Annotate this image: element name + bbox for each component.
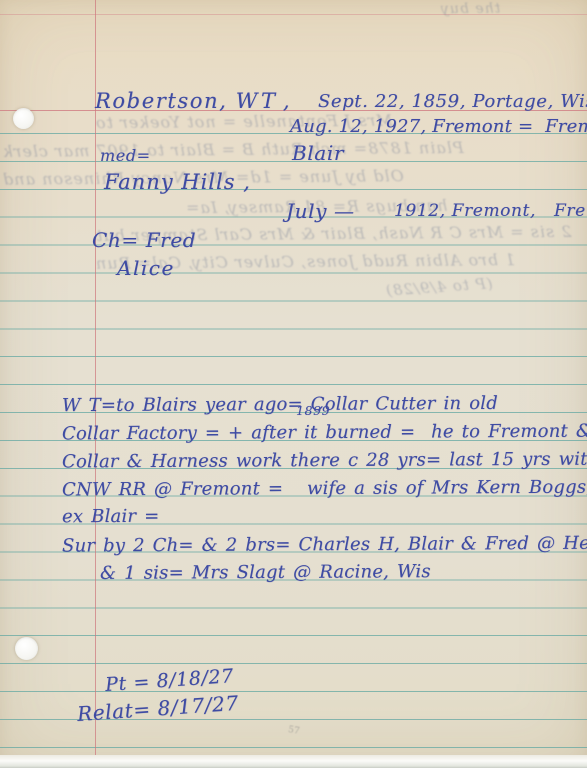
ghost-line: the buy	[440, 1, 500, 18]
child-name-text: Alice	[117, 256, 175, 280]
wed-label-text: med=	[100, 146, 151, 165]
hole-punch-top	[13, 108, 34, 129]
marriage-place-text: 1912, Fremont, Fremont	[394, 201, 587, 221]
corner-smudge-mark: 57	[287, 725, 300, 737]
birth-date-place-text: Sept. 22, 1859, Portage, Wis	[318, 91, 587, 112]
note-line-5: ex Blair =	[62, 506, 160, 528]
ghost-line: Plain 1878= mch Ruth B = Blair to 1907 m…	[2, 138, 464, 161]
note-line-4: CNW RR @ Fremont = wife a sis of Mrs Ker…	[62, 477, 587, 501]
residence-text: Blair	[292, 141, 344, 165]
note-line-7: & 1 sis= Mrs Slagt @ Racine, Wis	[100, 561, 431, 584]
children-label-text: Ch= Fred	[92, 228, 196, 252]
note-line-6: Sur by 2 Ch= & 2 brs= Charles H, Blair &…	[62, 532, 587, 556]
note-line-3: Collar & Harness work there c 28 yrs= la…	[62, 449, 587, 473]
spouse-name-text: Fanny Hills ,	[104, 170, 251, 194]
given-initial-text: T ,	[261, 89, 290, 113]
scanner-edge-strip	[0, 755, 587, 768]
surname-text: Robertson, W	[95, 89, 259, 113]
hole-punch-bottom	[15, 637, 38, 660]
scanned-notebook-page: the buy Mrs J Fontanelle = not Yoeker to…	[0, 0, 587, 768]
death-date-place-text: Aug. 12, 1927, Fremont = Fremont	[290, 116, 587, 137]
inserted-year-text: 1899	[296, 403, 330, 418]
note-line-2: Collar Factory = + after it burned = he …	[62, 421, 587, 445]
marriage-date-text: July —	[286, 199, 355, 223]
note-line-1: W T=to Blairs year ago= Collar Cutter in…	[62, 393, 498, 416]
